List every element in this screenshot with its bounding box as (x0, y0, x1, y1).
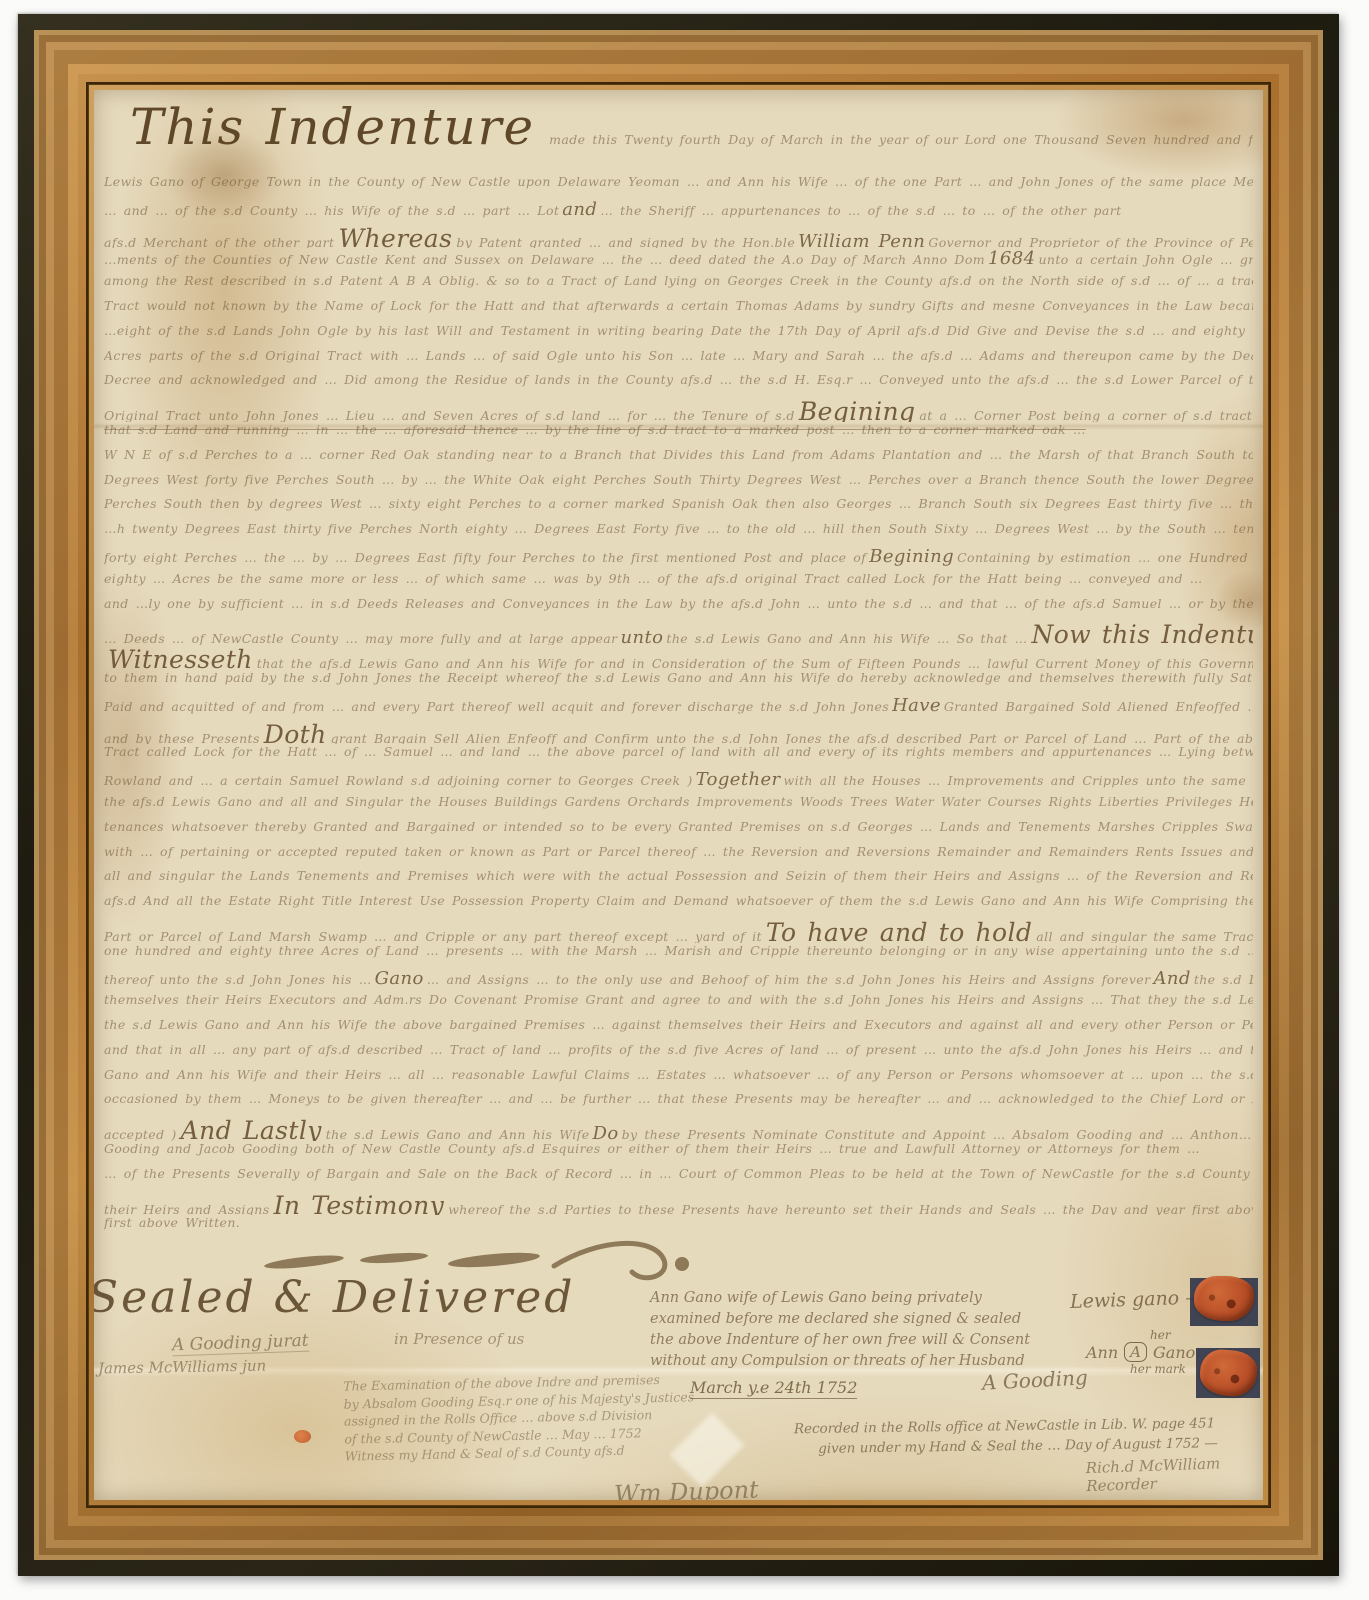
manuscript-text-segment: one hundred and eighty three Acres of La… (104, 943, 1253, 958)
manuscript-line: afs.d And all the Estate Right Title Int… (104, 893, 1253, 918)
manuscript-line: the afs.d Lewis Gano and all and Singula… (104, 794, 1253, 819)
manuscript-text-segment: Acres parts of the s.d Original Tract wi… (104, 348, 1253, 363)
manuscript-text-segment: with … of pertaining or accepted reputed… (104, 844, 1253, 859)
manuscript-line: Lewis Gano of George Town in the County … (104, 174, 1253, 199)
manuscript-line: Gooding and Jacob Gooding both of New Ca… (104, 1141, 1253, 1166)
manuscript-text-segment: afs.d And all the Estate Right Title Int… (104, 893, 1253, 908)
manuscript-text-segment: themselves their Heirs Executors and Adm… (104, 992, 1253, 1007)
manuscript-line: Decree and acknowledged and … Did among … (104, 372, 1253, 397)
manuscript-line: eighty … Acres be the same more or less … (104, 571, 1253, 596)
picture-frame-gold-molding: This Indenture made this Twenty fourth D… (34, 30, 1323, 1560)
recording-endorsement: Recorded in the Rolls office at NewCastl… (794, 1413, 1255, 1459)
manuscript-line: …eight of the s.d Lands John Ogle by his… (104, 323, 1253, 348)
manuscript-line: themselves their Heirs Executors and Adm… (104, 992, 1253, 1017)
manuscript-text-segment: Original Tract unto John Jones … Lieu … … (104, 408, 795, 422)
manuscript-text-segment: … the Sheriff … appurtenances to … of th… (600, 203, 1121, 218)
manuscript-text-segment: Together (693, 769, 784, 790)
manuscript-line: occasioned by them … Moneys to be given … (104, 1091, 1253, 1116)
manuscript-text-segment: that s.d Land and running … in … the … a… (104, 422, 1086, 437)
manuscript-text-segment: Doth (260, 720, 331, 745)
manuscript-text-segment: and …ly one by sufficient … in s.d Deeds… (104, 596, 1253, 611)
manuscript-text-segment: tenances whatsoever thereby Granted and … (104, 819, 1253, 834)
manuscript-text-segment: Now this Indenture (1027, 620, 1253, 645)
manuscript-line: one hundred and eighty three Acres of La… (104, 943, 1253, 968)
manuscript-text-segment: To have and to hold (762, 918, 1036, 943)
manuscript-line: with … of pertaining or accepted reputed… (104, 844, 1253, 869)
clerk-signature: Wm Dupont (614, 1475, 760, 1500)
manuscript-text-segment: occasioned by them … Moneys to be given … (104, 1091, 1253, 1106)
manuscript-line: Paid and acquitted of and from … and eve… (104, 695, 1253, 720)
manuscript-line: afs.d Merchant of the other part Whereas… (104, 224, 1253, 249)
manuscript: This Indenture made this Twenty fourth D… (104, 98, 1253, 1240)
manuscript-line: Tract called Lock for the Hatt … of … Sa… (104, 744, 1253, 769)
manuscript-text-segment: Gano (372, 968, 427, 989)
manuscript-text-segment: all and singular the Lands Tenements and… (104, 868, 1253, 883)
manuscript-text-segment: Degrees West forty five Perches South … … (104, 472, 1253, 487)
presence-of-us-text: in Presence of us (394, 1330, 524, 1348)
manuscript-text-segment: Begining (795, 397, 920, 422)
wife-mark-glyph: A (1124, 1342, 1147, 1362)
manuscript-line: and …ly one by sufficient … in s.d Deeds… (104, 596, 1253, 621)
manuscript-text-segment: Witnesseth (104, 645, 257, 670)
manuscript-text-segment: …h twenty Degrees East thirty five Perch… (104, 521, 1253, 536)
manuscript-text-segment: Paid and acquitted of and from … and eve… (104, 699, 889, 714)
privy-line: the above Indenture of her own free will… (650, 1330, 1100, 1351)
wax-seal-lewis (1194, 1276, 1254, 1321)
manuscript-line: …h twenty Degrees East thirty five Perch… (104, 521, 1253, 546)
manuscript-text-segment: Granted Bargained Sold Aliened Enfeoffed… (944, 699, 1253, 714)
manuscript-text-segment: by Patent granted … and signed by the Ho… (456, 235, 795, 249)
manuscript-text-segment: grant Bargain Sell Alien Enfeoff and Con… (331, 731, 1253, 745)
manuscript-text-segment: unto (618, 627, 667, 645)
parchment-document: This Indenture made this Twenty fourth D… (94, 90, 1263, 1500)
privy-examination-note: Ann Gano wife of Lewis Gano being privat… (650, 1288, 1100, 1372)
manuscript-text-segment: W N E of s.d Perches to a … corner Red O… (104, 447, 1253, 462)
picture-frame-inner-lip: This Indenture made this Twenty fourth D… (86, 82, 1271, 1508)
wife-name-left: Ann (1086, 1343, 1118, 1362)
manuscript-text-segment: made this Twenty fourth Day of March in … (549, 132, 1253, 147)
manuscript-text-segment: and (559, 199, 600, 220)
manuscript-text-segment: … Deeds … of NewCastle County … may more… (104, 631, 618, 645)
manuscript-text-segment: that the afs.d Lewis Gano and Ann his Wi… (257, 656, 1253, 670)
manuscript-line: W N E of s.d Perches to a … corner Red O… (104, 447, 1253, 472)
picture-frame-inner-gold-lip: This Indenture made this Twenty fourth D… (89, 85, 1268, 1505)
manuscript-text-segment: the s.d Lewis Gano … Ann his Wife for (1194, 972, 1253, 987)
manuscript-text-segment: … and Assigns … to the only use and Beho… (427, 972, 1151, 987)
manuscript-line: to them in hand paid by the s.d John Jon… (104, 670, 1253, 695)
manuscript-text-segment: Governor and Proprietor of the Province … (928, 235, 1253, 249)
manuscript-line: the s.d Lewis Gano and Ann his Wife the … (104, 1017, 1253, 1042)
manuscript-text-segment: Lewis Gano of George Town in the County … (104, 174, 1253, 189)
manuscript-text-segment: with all the Houses … Improvements and C… (784, 773, 1253, 788)
manuscript-text-segment: Tract would not known by the Name of Loc… (104, 298, 1253, 313)
manuscript-text-segment: Rowland and … a certain Samuel Rowland s… (104, 773, 693, 788)
sealed-and-delivered-heading: Sealed & Delivered (94, 1272, 575, 1323)
manuscript-line: all and singular the Lands Tenements and… (104, 868, 1253, 893)
manuscript-line: Original Tract unto John Jones … Lieu … … (104, 397, 1253, 422)
manuscript-text-segment: Have (889, 695, 944, 716)
manuscript-text-segment: Gano and Ann his Wife and their Heirs … … (104, 1067, 1253, 1082)
manuscript-text-segment: …ments of the Counties of New Castle Ken… (104, 252, 985, 267)
manuscript-line: and that in all … any part of afs.d desc… (104, 1042, 1253, 1067)
manuscript-line: … of the Presents Severally of Bargain a… (104, 1166, 1253, 1191)
manuscript-text-segment: whereof the s.d Parties to these Present… (448, 1202, 1253, 1216)
manuscript-text-segment: unto a certain John Ogle … granted and r… (1038, 252, 1253, 267)
privy-line: examined before me declared she signed &… (650, 1309, 1100, 1330)
witness-signature-mcwilliams: James McWilliams jun (98, 1357, 267, 1378)
picture-frame-outer-edge: This Indenture made this Twenty fourth D… (18, 14, 1339, 1576)
manuscript-text-segment: Tract called Lock for the Hatt … of … Sa… (104, 744, 1253, 759)
manuscript-text-segment: first above Written. (104, 1215, 240, 1230)
justice-signature: A Gooding (981, 1365, 1088, 1395)
manuscript-text-segment: … of the Presents Severally of Bargain a… (104, 1166, 1253, 1181)
manuscript-text-segment: And (1150, 968, 1193, 989)
manuscript-text-segment: at a … Corner Post being a corner of s.d… (919, 408, 1252, 422)
manuscript-text-segment: And Lastly (177, 1116, 326, 1141)
manuscript-text-segment: their Heirs and Assigns (104, 1202, 270, 1216)
manuscript-text-segment: the s.d Lewis Gano and Ann his Wife (326, 1127, 590, 1141)
manuscript-text-segment: afs.d Merchant of the other part (104, 235, 334, 249)
manuscript-line: This Indenture made this Twenty fourth D… (104, 98, 1253, 174)
recorder-signature: Rich.d McWilliam Recorder (1085, 1453, 1263, 1495)
manuscript-text-segment: the s.d Lewis Gano and Ann his Wife … So… (666, 631, 1027, 645)
manuscript-text-segment: and that in all … any part of afs.d desc… (104, 1042, 1253, 1057)
manuscript-text-segment: Containing by estimation … one Hundred a… (957, 550, 1253, 565)
manuscript-text-segment: the s.d Lewis Gano and Ann his Wife the … (104, 1017, 1253, 1032)
manuscript-text-segment: Part or Parcel of Land Marsh Swamp … and… (104, 929, 762, 943)
manuscript-line: Acres parts of the s.d Original Tract wi… (104, 348, 1253, 373)
manuscript-text-segment: to them in hand paid by the s.d John Jon… (104, 670, 1253, 685)
manuscript-line: Rowland and … a certain Samuel Rowland s… (104, 769, 1253, 794)
manuscript-text-segment: Perches South then by degrees West … six… (104, 496, 1253, 511)
manuscript-line: among the Rest described in s.d Patent A… (104, 273, 1253, 298)
manuscript-line: their Heirs and Assigns In Testimony whe… (104, 1191, 1253, 1216)
manuscript-text-segment: the afs.d Lewis Gano and all and Singula… (104, 794, 1253, 809)
witness-signature-gooding: A Gooding jurat (172, 1331, 309, 1357)
examination-certification-note: The Examination of the above Indre and p… (343, 1368, 785, 1465)
manuscript-text-segment: Decree and acknowledged and … Did among … (104, 372, 1253, 387)
manuscript-line: Gano and Ann his Wife and their Heirs … … (104, 1067, 1253, 1092)
manuscript-text-segment: among the Rest described in s.d Patent A… (104, 273, 1253, 288)
manuscript-text-segment: Begining (866, 546, 957, 567)
manuscript-line: Witnesseth that the afs.d Lewis Gano and… (104, 645, 1253, 670)
manuscript-text-segment: Whereas (334, 224, 456, 249)
manuscript-line: that s.d Land and running … in … the … a… (104, 422, 1253, 447)
framed-indenture-photo: This Indenture made this Twenty fourth D… (0, 0, 1369, 1600)
manuscript-line: … Deeds … of NewCastle County … may more… (104, 620, 1253, 645)
manuscript-line: Tract would not known by the Name of Loc… (104, 298, 1253, 323)
manuscript-text-segment: …eight of the s.d Lands John Ogle by his… (104, 323, 1245, 338)
manuscript-line: Perches South then by degrees West … six… (104, 496, 1253, 521)
manuscript-line: forty eight Perches … the … by … Degrees… (104, 546, 1253, 571)
manuscript-line: …ments of the Counties of New Castle Ken… (104, 248, 1253, 273)
manuscript-text-segment: accepted ) (104, 1127, 177, 1141)
her-label: her (1150, 1328, 1256, 1342)
manuscript-line: tenances whatsoever thereby Granted and … (104, 819, 1253, 844)
manuscript-text-segment: … and … of the s.d County … his Wife of … (104, 203, 559, 218)
manuscript-text-segment: by these Presents Nominate Constitute an… (622, 1127, 1252, 1141)
manuscript-text-segment: 1684 (985, 248, 1038, 269)
manuscript-text-segment: This Indenture (104, 98, 549, 156)
manuscript-line: … and … of the s.d County … his Wife of … (104, 199, 1253, 224)
manuscript-text-segment: forty eight Perches … the … by … Degrees… (104, 550, 866, 565)
manuscript-line: accepted ) And Lastly the s.d Lewis Gano… (104, 1116, 1253, 1141)
manuscript-line: Degrees West forty five Perches South … … (104, 472, 1253, 497)
manuscript-text-segment: eighty … Acres be the same more or less … (104, 571, 1203, 586)
manuscript-line: and by these Presents Doth grant Bargain… (104, 720, 1253, 745)
privy-line: Ann Gano wife of Lewis Gano being privat… (650, 1288, 1100, 1309)
manuscript-text-segment: and by these Presents (104, 731, 260, 745)
manuscript-text-segment: thereof unto the s.d John Jones his … (104, 972, 372, 987)
manuscript-text-segment: In Testimony (270, 1191, 449, 1216)
manuscript-text-segment: Do (590, 1123, 622, 1141)
manuscript-text-segment: Gooding and Jacob Gooding both of New Ca… (104, 1141, 1200, 1156)
wife-name-right: Gano (1153, 1343, 1195, 1362)
manuscript-line: thereof unto the s.d John Jones his … Ga… (104, 968, 1253, 993)
manuscript-line: Part or Parcel of Land Marsh Swamp … and… (104, 918, 1253, 943)
manuscript-text-segment: William Penn (795, 231, 928, 249)
small-wax-stain (294, 1430, 311, 1443)
manuscript-text-segment: all and singular the same Tract of … Sev… (1036, 929, 1253, 943)
